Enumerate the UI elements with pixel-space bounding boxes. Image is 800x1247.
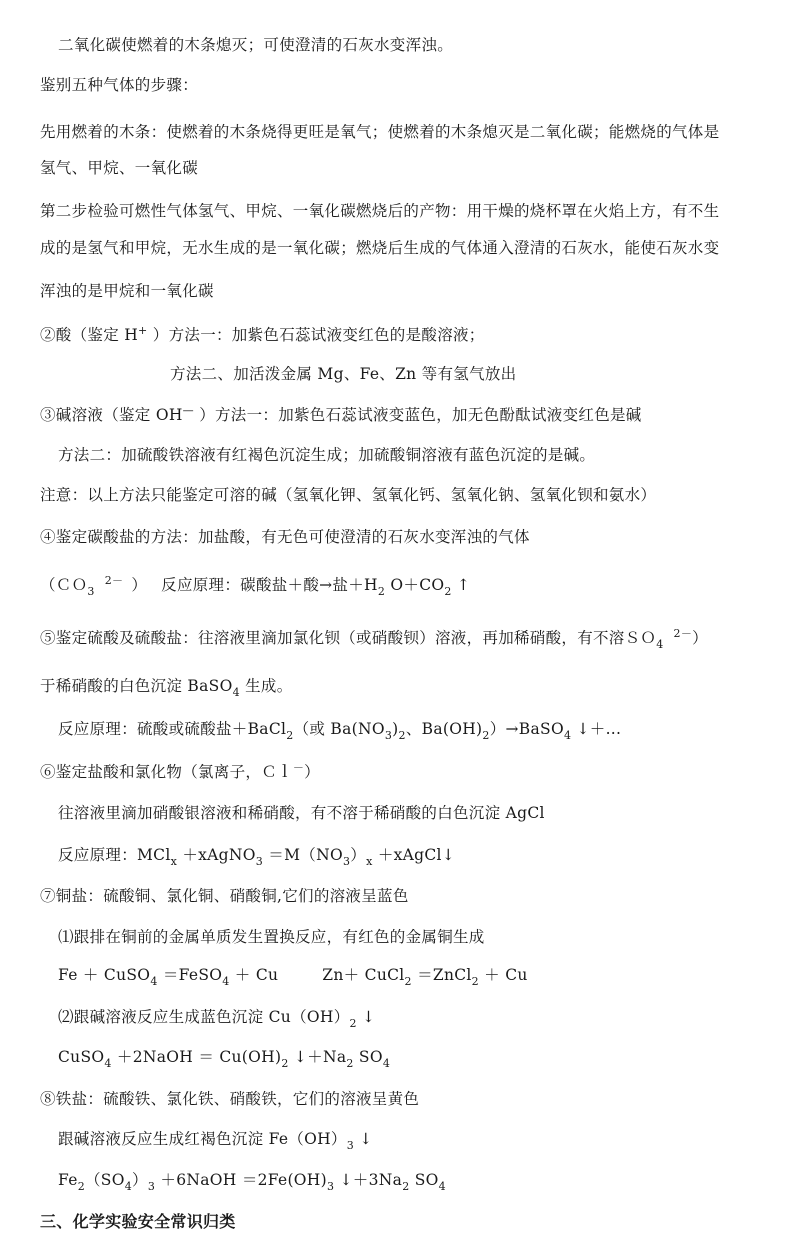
subscript: 2 xyxy=(346,1057,353,1070)
text-line-note: 注意：以上方法只能鉴定可溶的碱（氢氧化钾、氢氧化钙、氢氧化钠、氢氧化钡和氨水） xyxy=(40,485,656,505)
text-line-carbonate-reaction: （ＣＯ32－）反应原理：碳酸盐＋酸→盐＋H2 O＋CO2 ↑ xyxy=(40,575,470,595)
text-span: ↓ xyxy=(357,1008,376,1026)
text-line-sulfate-reaction: 反应原理：硫酸或硫酸盐＋BaCl2（或 Ba(NO3)2、Ba(OH)2）→Ba… xyxy=(58,719,621,739)
text-line-iron-naoh-equation: Fe2（SO4）3 ＋6NaOH ＝2Fe(OH)3 ↓＋3Na2 SO4 xyxy=(58,1170,446,1190)
text-line-acid-method1: ②酸（鉴定 H+ ）方法一：加紫色石蕊试液变红色的是酸溶液； xyxy=(40,325,485,345)
text-span: ） xyxy=(132,1171,148,1189)
text-span: ⑵跟碱溶液反应生成蓝色沉淀 Cu（OH） xyxy=(58,1008,350,1026)
text-line-copper-naoh-equation: CuSO4 ＋2NaOH ＝ Cu(OH)2 ↓＋Na2 SO4 xyxy=(58,1047,390,1067)
text-span: ⑤鉴定硫酸及硫酸盐：往溶液里滴加氯化钡（或硝酸钡）溶液，再加稀硝酸，有不溶ＳＯ xyxy=(40,629,656,647)
text-span: （SO xyxy=(85,1171,125,1189)
text-span: ） xyxy=(131,576,147,594)
text-span: 反应原理：MCl xyxy=(58,846,171,864)
superscript: 2－ xyxy=(105,574,124,587)
subscript: 2 xyxy=(78,1180,85,1193)
text-span: ↓＋Na xyxy=(289,1048,347,1066)
subscript: 4 xyxy=(150,975,157,988)
subscript: 3 xyxy=(347,1139,354,1152)
superscript: － xyxy=(293,761,304,774)
text-span: O＋CO xyxy=(385,576,444,594)
text-line-copper-salts: ⑦铜盐：硫酸铜、氯化铜、硝酸铜,它们的溶液呈蓝色 xyxy=(40,886,409,906)
text-span: 、Ba(OH) xyxy=(406,720,483,738)
text-line-chloride-test: 往溶液里滴加硝酸银溶液和稀硝酸，有不溶于稀硝酸的白色沉淀 AgCl xyxy=(58,803,545,823)
text-line-sulfate: ⑤鉴定硫酸及硫酸盐：往溶液里滴加氯化钡（或硝酸钡）溶液，再加稀硝酸，有不溶ＳＯ4… xyxy=(40,628,708,648)
text-line-iron-salts: ⑧铁盐：硫酸铁、氯化铁、硝酸铁，它们的溶液呈黄色 xyxy=(40,1089,419,1109)
text-span: 于稀硝酸的白色沉淀 BaSO xyxy=(40,677,233,695)
section-heading-lab-safety: 三、化学实验安全常识归类 xyxy=(40,1212,236,1232)
subscript: 3 xyxy=(256,855,263,868)
text-span: ↓ xyxy=(354,1130,373,1148)
text-span: ）方法一：加紫色石蕊试液变红色的是酸溶液； xyxy=(148,326,485,344)
text-span: ） xyxy=(350,846,366,864)
subscript: 2 xyxy=(405,975,412,988)
text-span: CuSO xyxy=(58,1048,104,1066)
text-line-step1: 先用燃着的木条：使燃着的木条烧得更旺是氧气；使燃着的木条熄灭是二氧化碳；能燃烧的… xyxy=(40,122,719,142)
superscript: — xyxy=(183,404,194,417)
text-line-co2-test: 二氧化碳使燃着的木条熄灭；可使澄清的石灰水变浑浊。 xyxy=(58,35,453,55)
subscript: 4 xyxy=(125,1180,132,1193)
subscript: 2 xyxy=(286,729,293,742)
text-span: ＋6NaOH ＝2Fe(OH) xyxy=(155,1171,327,1189)
text-line-step2-cont1: 成的是氢气和甲烷，无水生成的是一氧化碳；燃烧后生成的气体通入澄清的石灰水，能使石… xyxy=(40,238,719,258)
text-span: Fe ＋ CuSO xyxy=(58,966,150,984)
text-span: ＝FeSO xyxy=(158,966,223,984)
superscript: 2－ xyxy=(674,627,693,640)
text-line-iron-hydroxide: 跟碱溶液反应生成红褐色沉淀 Fe（OH）3 ↓ xyxy=(58,1129,373,1149)
text-span: 生成。 xyxy=(240,677,293,695)
subscript: 4 xyxy=(104,1057,111,1070)
text-line-copper-displacement: ⑴跟排在铜前的金属单质发生置换反应，有红色的金属铜生成 xyxy=(58,927,485,947)
text-span: （ＣＯ xyxy=(40,576,87,594)
subscript: 4 xyxy=(222,975,229,988)
text-span: ↓＋3Na xyxy=(334,1171,402,1189)
text-span: ＋xAgCl↓ xyxy=(373,846,456,864)
subscript: 4 xyxy=(233,686,240,699)
subscript: 2 xyxy=(399,729,406,742)
text-span: ＋ Cu xyxy=(479,966,528,984)
text-span: SO xyxy=(354,1048,383,1066)
text-line-step2: 第二步检验可燃性气体氢气、甲烷、一氧化碳燃烧后的产物：用干燥的烧杯罩在火焰上方，… xyxy=(40,201,719,221)
text-line-carbonate: ④鉴定碳酸盐的方法：加盐酸，有无色可使澄清的石灰水变浑浊的气体 xyxy=(40,527,530,547)
text-span: ⑥鉴定盐酸和氯化物（氯离子，Ｃｌ xyxy=(40,763,293,781)
subscript: 2 xyxy=(472,975,479,988)
text-span: 反应原理：碳酸盐＋酸→盐＋H xyxy=(161,576,378,594)
text-line-chloride-reaction: 反应原理：MClx ＋xAgNO3 ＝M（NO3）x ＋xAgCl↓ xyxy=(58,845,455,865)
text-span: Fe xyxy=(58,1171,78,1189)
text-span: 跟碱溶液反应生成红褐色沉淀 Fe（OH） xyxy=(58,1130,347,1148)
subscript: 4 xyxy=(383,1057,390,1070)
text-span: （或 Ba(NO xyxy=(294,720,385,738)
text-span: 反应原理：硫酸或硫酸盐＋BaCl xyxy=(58,720,286,738)
text-span: ） xyxy=(304,763,320,781)
text-span: ↓＋... xyxy=(571,720,621,738)
subscript: 3 xyxy=(87,585,94,598)
text-span: ＋2NaOH ＝ Cu(OH) xyxy=(112,1048,282,1066)
text-span: ＝M（NO xyxy=(263,846,343,864)
subscript: 2 xyxy=(402,1180,409,1193)
text-span: Zn＋ CuCl xyxy=(322,966,404,984)
text-line-five-gases-heading: 鉴别五种气体的步骤： xyxy=(40,75,198,95)
subscript: 4 xyxy=(656,638,663,651)
subscript: 2 xyxy=(350,1017,357,1030)
subscript: 2 xyxy=(444,585,451,598)
text-span: ＝ZnCl xyxy=(412,966,472,984)
text-span: ） xyxy=(692,629,708,647)
text-span: ）→BaSO xyxy=(490,720,564,738)
text-line-base-method1: ③碱溶液（鉴定 OH— ）方法一：加紫色石蕊试液变蓝色，加无色酚酞试液变红色是碱 xyxy=(40,405,642,425)
text-line-sulfate-cont: 于稀硝酸的白色沉淀 BaSO4 生成。 xyxy=(40,676,293,696)
text-line-chloride: ⑥鉴定盐酸和氯化物（氯离子，Ｃｌ－） xyxy=(40,762,320,782)
subscript: 2 xyxy=(482,729,489,742)
text-span: ＋ Cu xyxy=(230,966,279,984)
text-line-copper-equations: Fe ＋ CuSO4 ＝FeSO4 ＋ CuZn＋ CuCl2 ＝ZnCl2 ＋… xyxy=(58,965,528,985)
text-span: SO xyxy=(410,1171,439,1189)
text-line-base-method2: 方法二：加硫酸铁溶液有红褐色沉淀生成；加硫酸铜溶液有蓝色沉淀的是碱。 xyxy=(58,445,595,465)
text-line-step1-cont: 氢气、甲烷、一氧化碳 xyxy=(40,158,198,178)
text-line-step2-cont2: 浑浊的是甲烷和一氧化碳 xyxy=(40,281,214,301)
text-line-copper-hydroxide: ⑵跟碱溶液反应生成蓝色沉淀 Cu（OH）2 ↓ xyxy=(58,1007,375,1027)
text-span: ↑ xyxy=(452,576,471,594)
subscript: 4 xyxy=(439,1180,446,1193)
text-span: ＋xAgNO xyxy=(177,846,256,864)
text-span: ②酸（鉴定 H xyxy=(40,326,138,344)
text-line-acid-method2: 方法二、加活泼金属 Mg、Fe、Zn 等有氢气放出 xyxy=(170,364,516,384)
text-span: ③碱溶液（鉴定 OH xyxy=(40,406,183,424)
subscript: 2 xyxy=(281,1057,288,1070)
text-span: ）方法一：加紫色石蕊试液变蓝色，加无色酚酞试液变红色是碱 xyxy=(194,406,642,424)
superscript: + xyxy=(138,324,148,337)
